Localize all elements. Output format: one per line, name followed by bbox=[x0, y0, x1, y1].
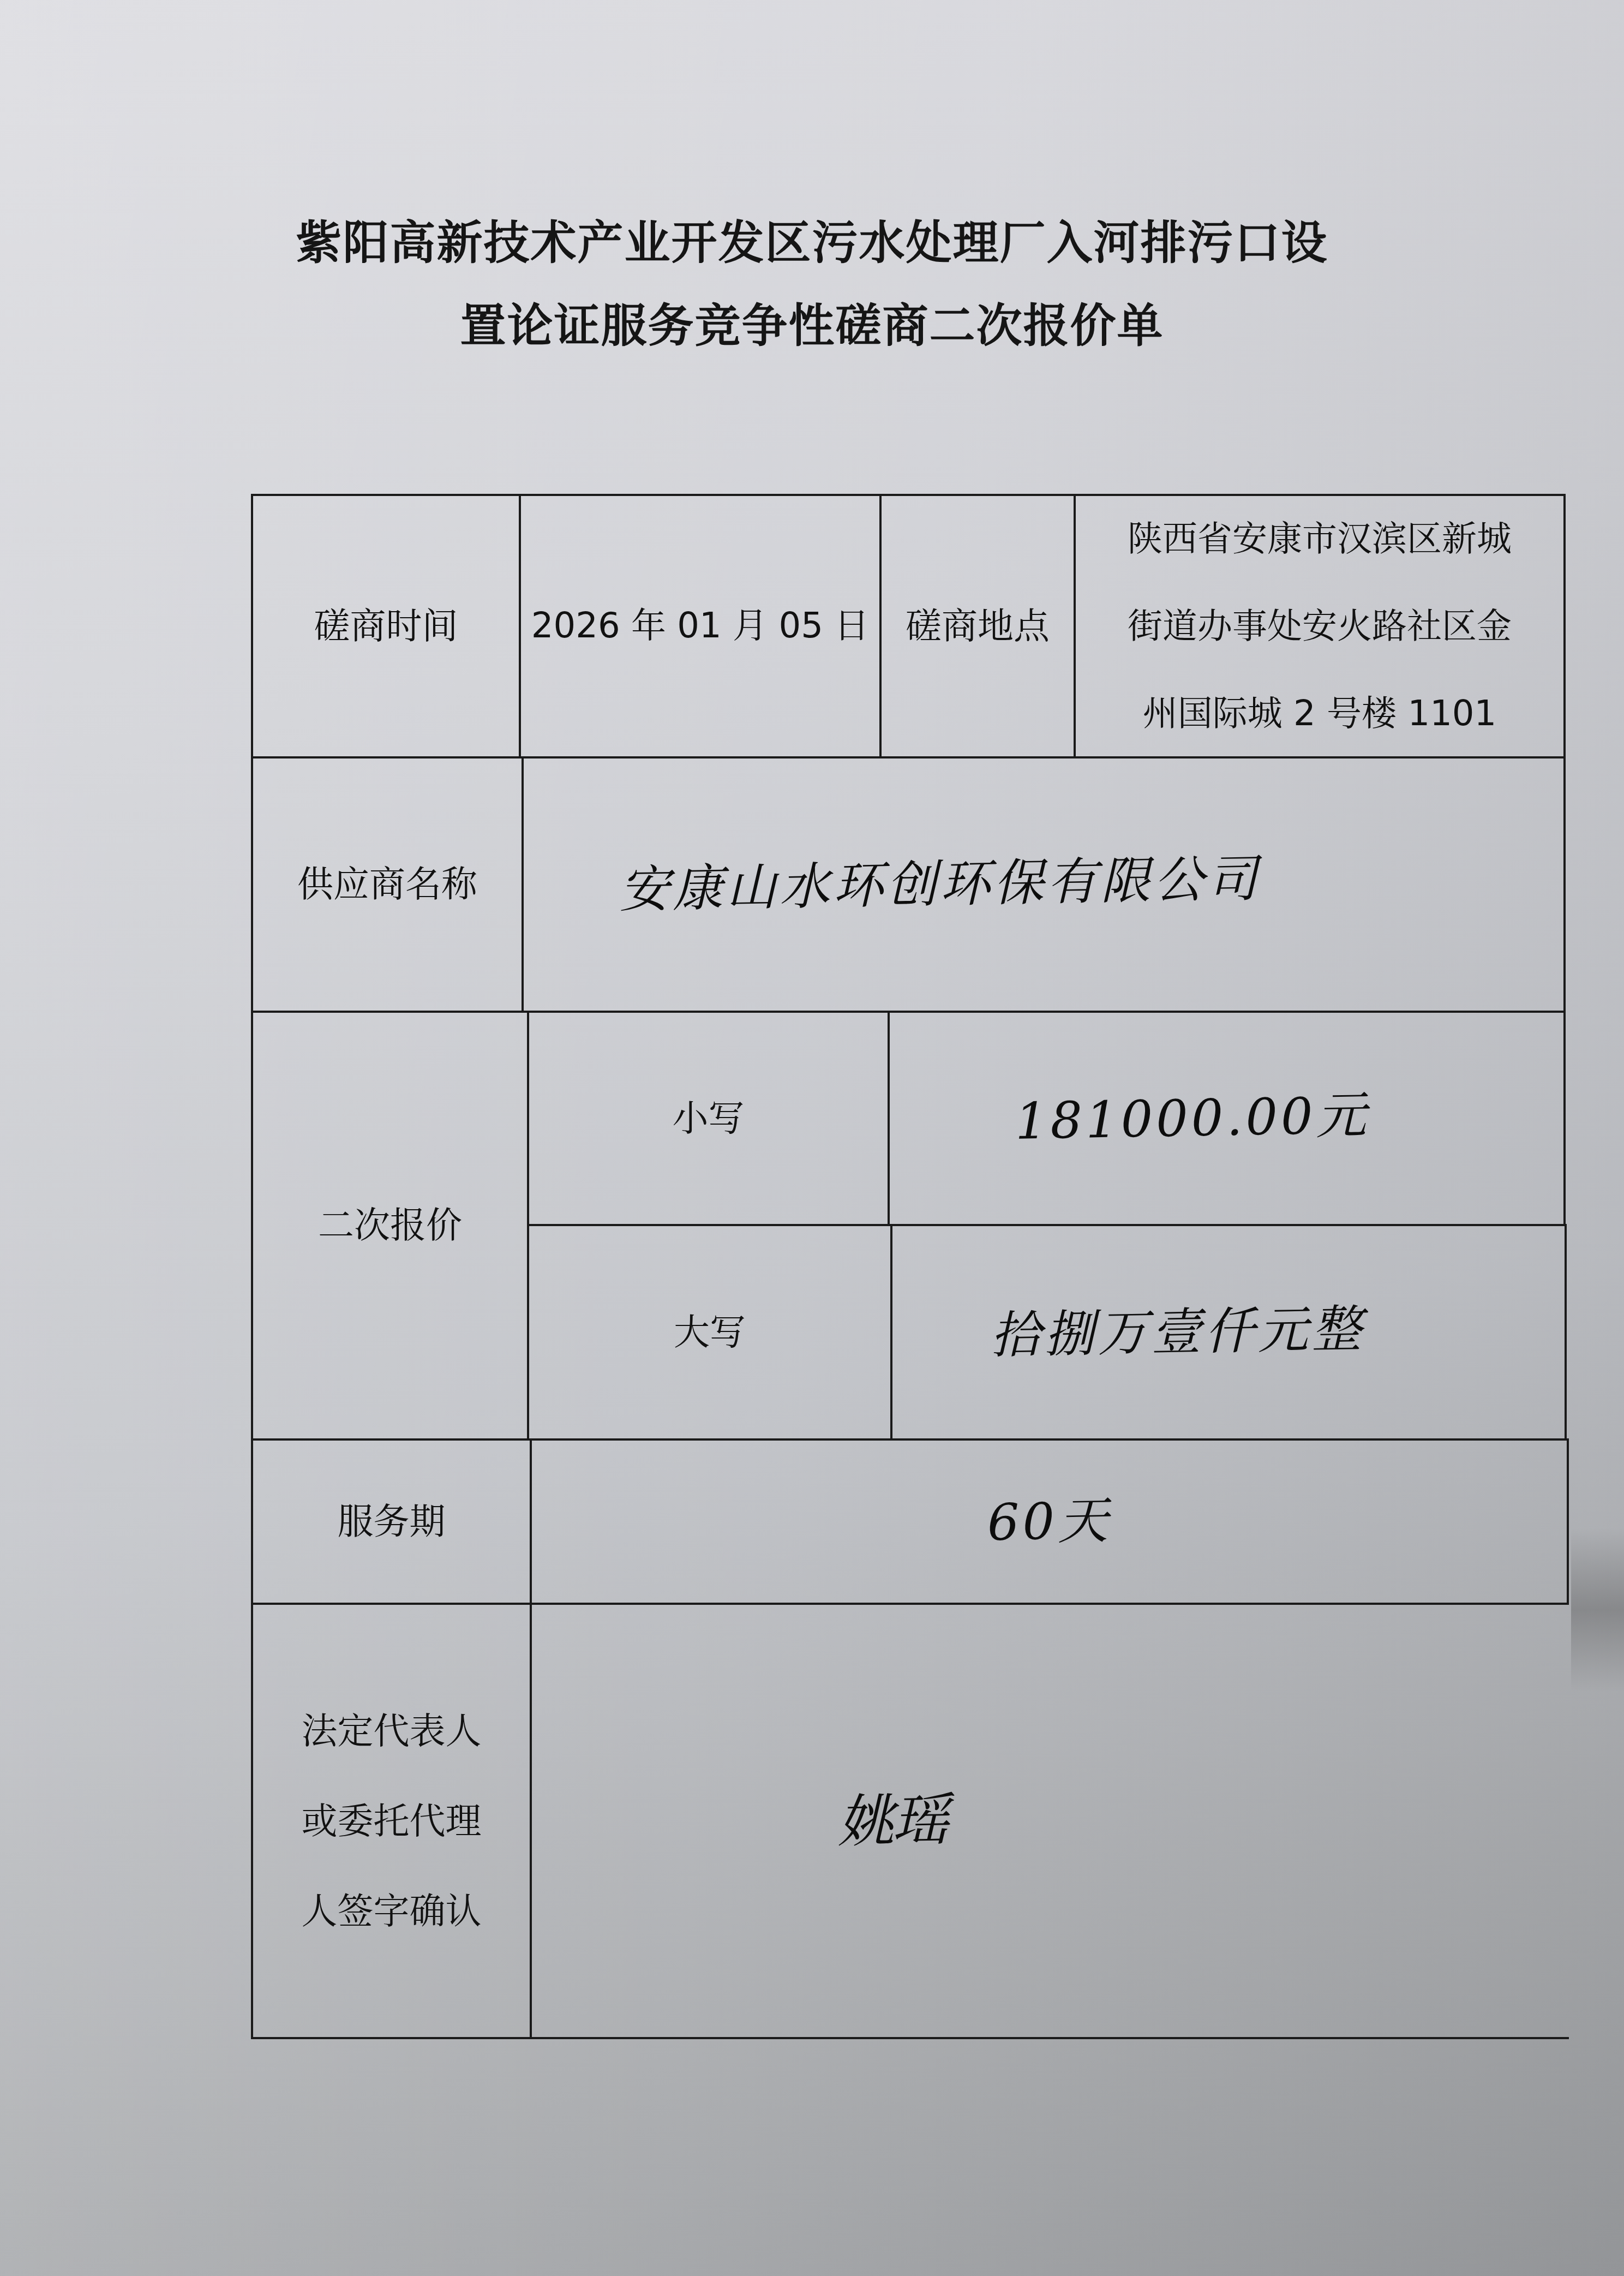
second-quote-label: 二次报价 bbox=[251, 1011, 529, 1441]
service-period-handwritten: 60天 bbox=[987, 1480, 1112, 1563]
supplier-name-handwritten: 安康山水环创环保有限公司 bbox=[619, 839, 1261, 930]
signature-handwritten: 姚瑶 bbox=[837, 1775, 948, 1867]
lowercase-amount-field: 181000.00元 bbox=[888, 1011, 1566, 1226]
address-line-1: 陕西省安康市汉滨区新城 bbox=[1128, 495, 1512, 583]
negotiation-place-label: 磋商地点 bbox=[879, 494, 1076, 758]
uppercase-amount-handwritten: 拾捌万壹仟元整 bbox=[990, 1289, 1365, 1376]
signature-field: 姚瑶 bbox=[530, 1603, 1569, 2039]
page-edge-shadow bbox=[1571, 1528, 1624, 1692]
supplier-name-field: 安康山水环创环保有限公司 bbox=[522, 756, 1566, 1013]
supplier-name-label: 供应商名称 bbox=[251, 756, 524, 1013]
document-title-line-2: 置论证服务竞争性磋商二次报价单 bbox=[164, 289, 1460, 355]
negotiation-time-value: 2026 年 01 月 05 日 bbox=[519, 494, 882, 758]
address-line-3: 州国际城 2 号楼 1101 bbox=[1143, 670, 1497, 757]
negotiation-time-label: 磋商时间 bbox=[251, 494, 521, 758]
uppercase-label: 大写 bbox=[527, 1224, 892, 1441]
document-title-line-1: 紫阳高新技术产业开发区污水处理厂入河排污口设 bbox=[164, 206, 1460, 272]
address-line-2: 街道办事处安火路社区金 bbox=[1128, 583, 1512, 670]
uppercase-amount-field: 拾捌万壹仟元整 bbox=[890, 1224, 1567, 1441]
lowercase-label: 小写 bbox=[527, 1011, 890, 1226]
negotiation-place-value: 陕西省安康市汉滨区新城 街道办事处安火路社区金 州国际城 2 号楼 1101 bbox=[1074, 494, 1566, 758]
quotation-table: 磋商时间 2026 年 01 月 05 日 磋商地点 陕西省安康市汉滨区新城 街… bbox=[251, 494, 1566, 2041]
signature-label: 法定代表人 或委托代理 人签字确认 bbox=[251, 1603, 532, 2039]
service-period-field: 60天 bbox=[530, 1438, 1569, 1605]
service-period-label: 服务期 bbox=[251, 1438, 532, 1605]
lowercase-amount-handwritten: 181000.00元 bbox=[1015, 1075, 1370, 1162]
